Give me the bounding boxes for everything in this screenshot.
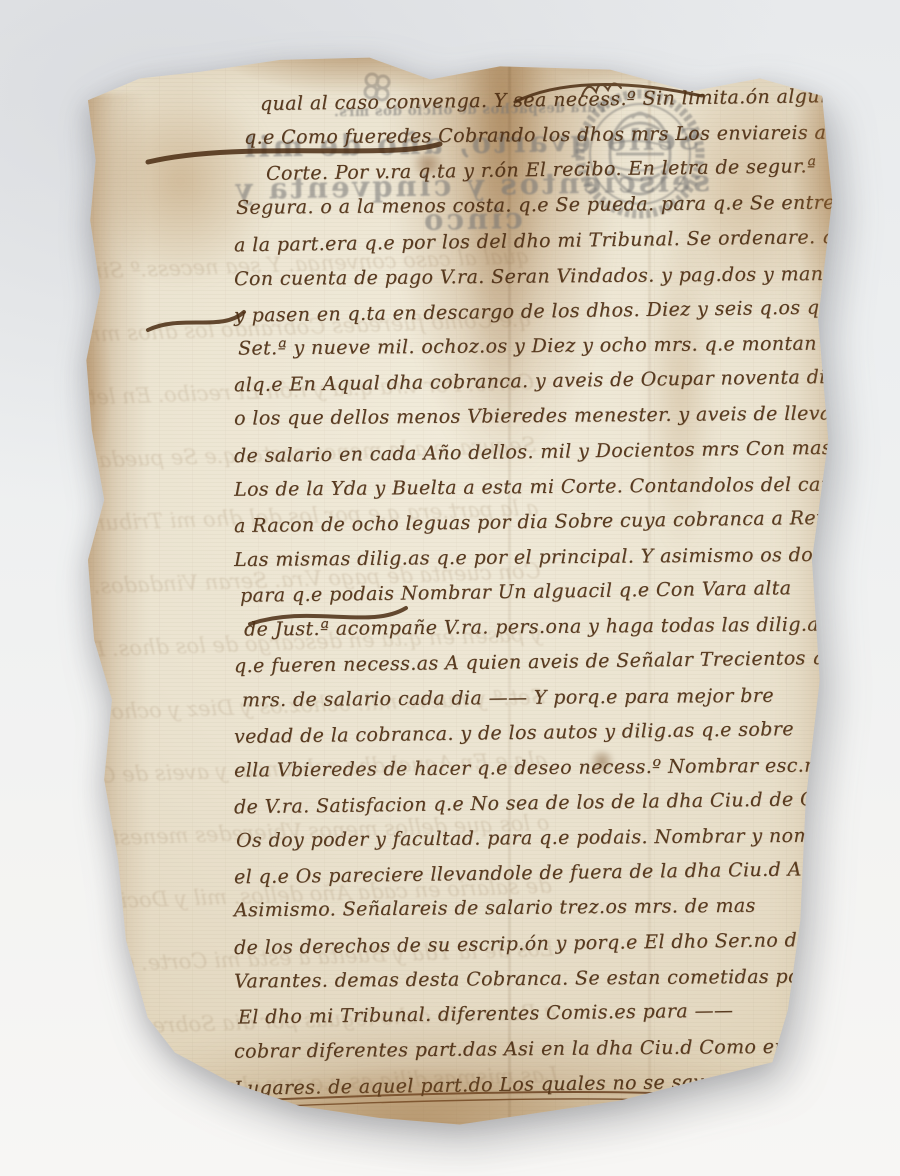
handwriting-line: de V.ra. Satisfacion q.e No sea de los d…	[234, 788, 857, 819]
handwriting-line: alq.e En Aqual dha cobranca. y aveis de …	[234, 366, 848, 397]
handwriting-line: qual al caso convenga. Y sea necess.º Si…	[260, 85, 845, 115]
handwriting-line: Varantes. demas desta Cobranca. Se estan…	[234, 965, 810, 992]
photo-of-manuscript: { "photo": { "description": "Photograph …	[0, 0, 900, 1176]
handwriting-line: a Racon de ocho leguas por dia Sobre cuy…	[234, 507, 833, 537]
handwriting-line: Os doy poder y facultad. para q.e podais…	[236, 824, 862, 851]
handwriting-line: Corte. Por v.ra q.ta y r.ón El recibo. E…	[266, 155, 817, 185]
handwriting-line: de los derechos de su escrip.ón y porq.e…	[234, 929, 809, 959]
handwriting-line: q.e Como fueredes Cobrando los dhos mrs …	[244, 121, 874, 148]
handwriting-line: ella Vbieredes de hacer q.e deseo necess…	[234, 754, 829, 781]
handwriting-line: de salario en cada Año dellos. mil y Doc…	[234, 436, 832, 466]
handwriting-block: qual al caso convenga. Y sea necess.º Si…	[60, 38, 836, 1130]
handwriting-line: Set.ª y nueve mil. ochoz.os y Diez y och…	[238, 332, 842, 359]
handwriting-line: cobrar diferentes part.das Asi en la dha…	[234, 1035, 845, 1062]
handwriting-line: q.e fueren necess.as A quien aveis de Se…	[234, 647, 843, 677]
handwriting-line: para q.e podais Nombrar Un alguacil q.e …	[240, 577, 792, 607]
handwriting-line: vedad de la cobranca. y de los autos y d…	[234, 718, 794, 748]
handwriting-line: Asimismo. Señalareis de salario trez.os …	[234, 895, 756, 922]
manuscript-page-wrap: qual al caso convenga. Y sea necess.º Si…	[60, 38, 836, 1130]
handwriting-line: Lugares. de aquel part.do Los quales no …	[234, 1069, 900, 1100]
handwriting-line: Los de la Yda y Buelta a esta mi Corte. …	[234, 473, 855, 500]
handwriting-line: El dho mi Tribunal. diferentes Comis.es …	[238, 999, 734, 1028]
handwriting-line: Con cuenta de pago V.ra. Seran Vindados.…	[234, 262, 900, 290]
handwriting-line: de Just.ª acompañe V.ra. pers.ona y haga…	[244, 614, 829, 641]
handwriting-line: Las mismas dilig.as q.e por el principal…	[234, 543, 900, 571]
handwriting-line: y pasen en q.ta en descargo de los dhos.…	[234, 295, 900, 326]
handwriting-line: Segura. o a la menos costa. q.e Se pueda…	[236, 192, 884, 220]
handwriting-line: o los que dellos menos Vbieredes meneste…	[234, 403, 841, 430]
manuscript-page: qual al caso convenga. Y sea necess.º Si…	[60, 38, 836, 1130]
handwriting-line: mrs. de salario cada dia —— Y porq.e par…	[242, 684, 774, 711]
handwriting-line: a la part.era q.e por los del dho mi Tri…	[234, 225, 853, 256]
handwriting-line: el q.e Os pareciere llevandole de fuera …	[234, 858, 852, 889]
